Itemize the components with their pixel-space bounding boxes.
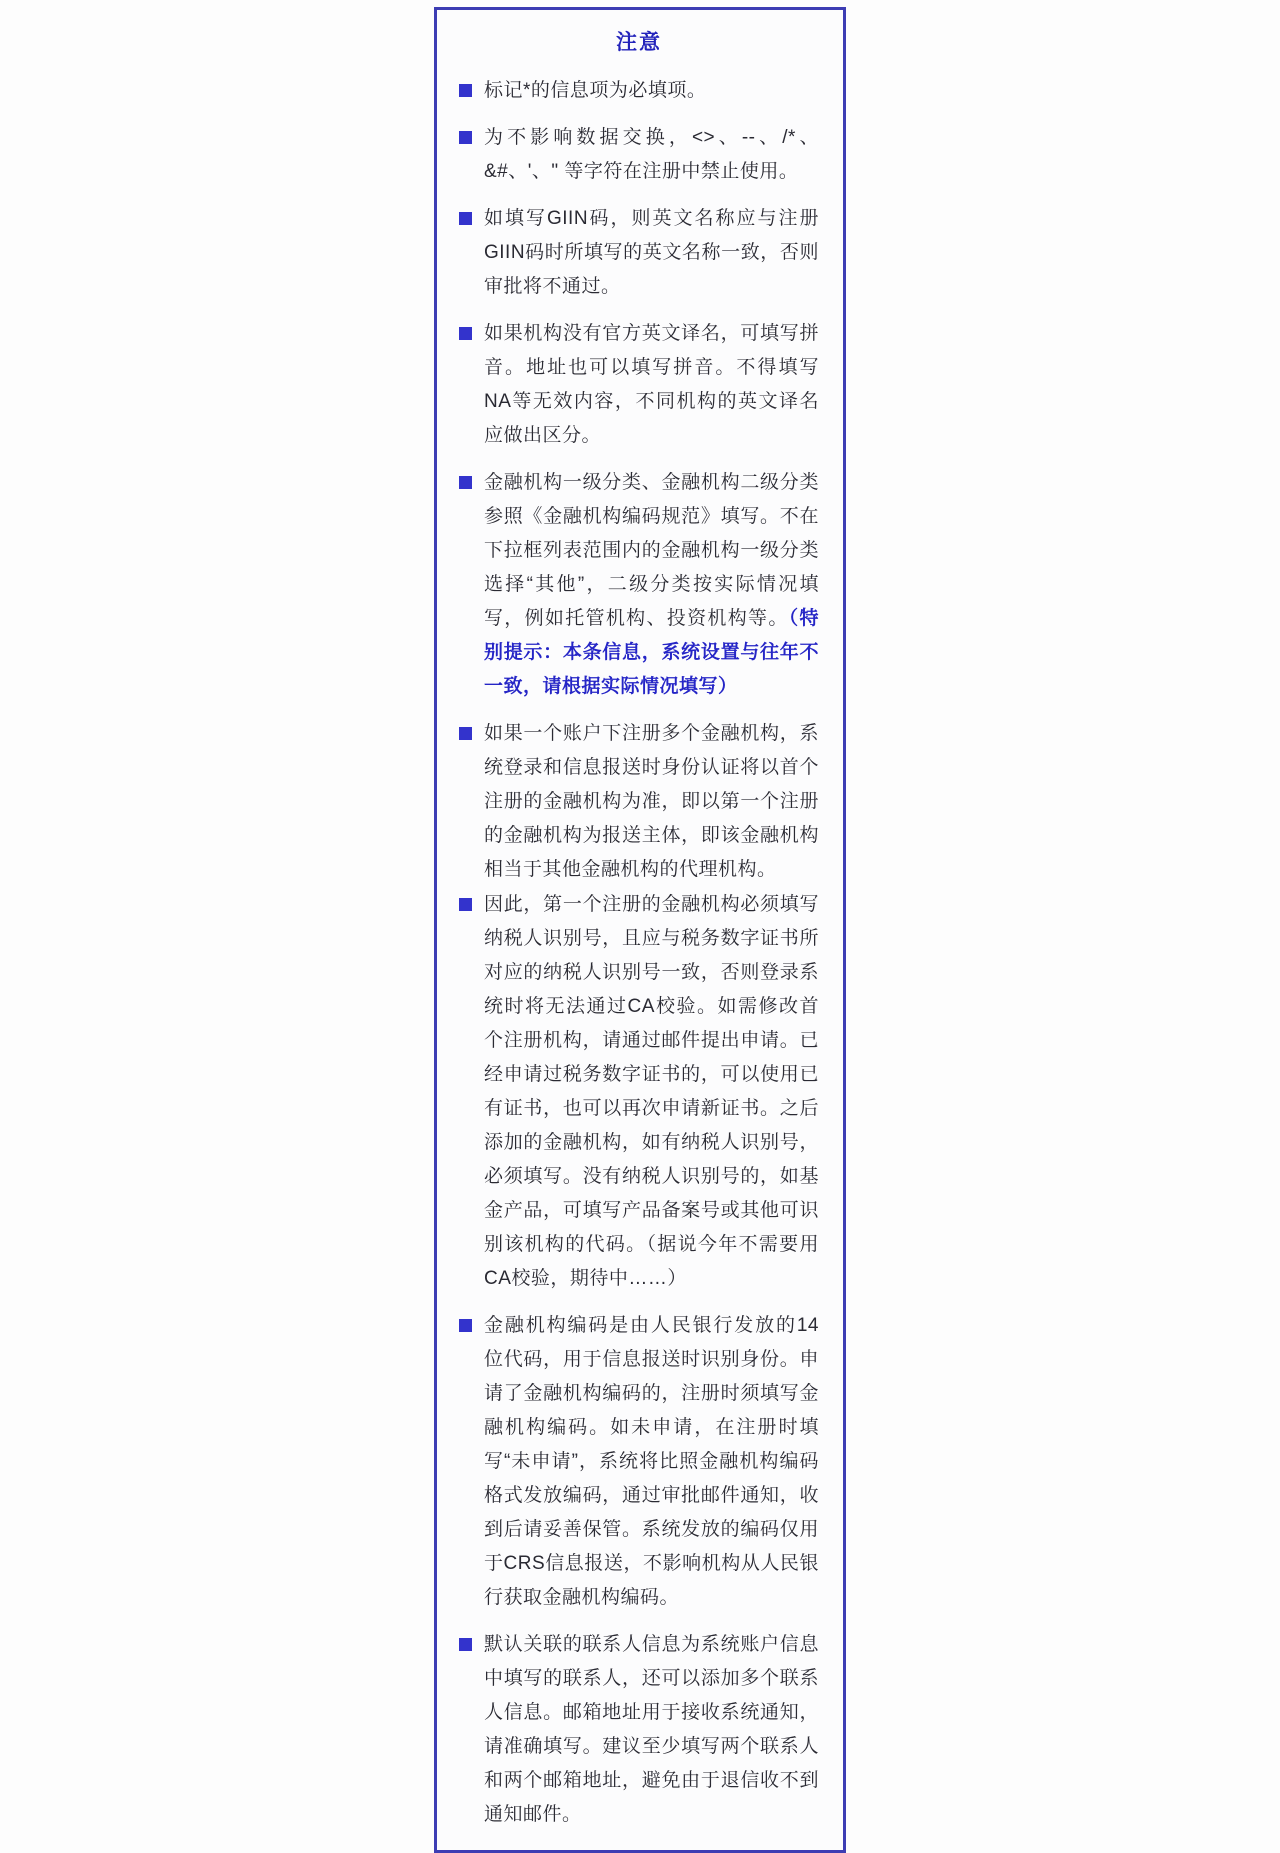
- note-text: 如果机构没有官方英文译名，可填写拼音。地址也可以填写拼音。不得填写NA等无效内容…: [484, 317, 819, 453]
- note-text: 标记*的信息项为必填项。: [484, 74, 819, 108]
- note-text-body: 默认关联的联系人信息为系统账户信息中填写的联系人，还可以添加多个联系人信息。邮箱…: [484, 1634, 819, 1825]
- note-text-body: 金融机构编码是由人民银行发放的14 位代码，用于信息报送时识别身份。申请了金融机…: [484, 1315, 819, 1608]
- note-text: 为不影响数据交换，<>、--、/*、&#、'、" 等字符在注册中禁止使用。: [484, 121, 819, 189]
- note-text-body: 为不影响数据交换，<>、--、/*、&#、'、" 等字符在注册中禁止使用。: [484, 127, 819, 182]
- notice-title: 注意: [459, 26, 819, 60]
- bullet-square-icon: [459, 131, 472, 144]
- bullet-square-icon: [459, 327, 472, 340]
- notice-box: 注意 标记*的信息项为必填项。 为不影响数据交换，<>、--、/*、&#、'、"…: [434, 7, 846, 1853]
- note-text-body: 标记*的信息项为必填项。: [484, 80, 706, 101]
- note-item-english-name: 如果机构没有官方英文译名，可填写拼音。地址也可以填写拼音。不得填写NA等无效内容…: [459, 317, 819, 453]
- bullet-square-icon: [459, 212, 472, 225]
- note-text-body: 如果一个账户下注册多个金融机构，系统登录和信息报送时身份认证将以首个注册的金融机…: [484, 723, 819, 880]
- note-item-giin-code: 如填写GIIN码，则英文名称应与注册GIIN码时所填写的英文名称一致，否则审批将…: [459, 202, 819, 304]
- note-item-institution-code: 金融机构编码是由人民银行发放的14 位代码，用于信息报送时识别身份。申请了金融机…: [459, 1309, 819, 1615]
- bullet-square-icon: [459, 476, 472, 489]
- note-item-classification: 金融机构一级分类、金融机构二级分类参照《金融机构编码规范》填写。不在下拉框列表范…: [459, 466, 819, 704]
- note-item-required-fields: 标记*的信息项为必填项。: [459, 74, 819, 108]
- note-text-body: 因此，第一个注册的金融机构必须填写纳税人识别号，且应与税务数字证书所对应的纳税人…: [484, 894, 819, 1289]
- note-item-contact-info: 默认关联的联系人信息为系统账户信息中填写的联系人，还可以添加多个联系人信息。邮箱…: [459, 1628, 819, 1832]
- note-item-forbidden-characters: 为不影响数据交换，<>、--、/*、&#、'、" 等字符在注册中禁止使用。: [459, 121, 819, 189]
- note-text: 如果一个账户下注册多个金融机构，系统登录和信息报送时身份认证将以首个注册的金融机…: [484, 717, 819, 887]
- bullet-square-icon: [459, 1638, 472, 1651]
- note-text: 因此，第一个注册的金融机构必须填写纳税人识别号，且应与税务数字证书所对应的纳税人…: [484, 888, 819, 1296]
- bullet-square-icon: [459, 898, 472, 911]
- note-text-body: 金融机构一级分类、金融机构二级分类参照《金融机构编码规范》填写。不在下拉框列表范…: [484, 472, 819, 629]
- note-text: 金融机构一级分类、金融机构二级分类参照《金融机构编码规范》填写。不在下拉框列表范…: [484, 466, 819, 704]
- note-item-multi-institution: 如果一个账户下注册多个金融机构，系统登录和信息报送时身份认证将以首个注册的金融机…: [459, 717, 819, 887]
- bullet-square-icon: [459, 84, 472, 97]
- note-text: 金融机构编码是由人民银行发放的14 位代码，用于信息报送时识别身份。申请了金融机…: [484, 1309, 819, 1615]
- note-text-body: 如果机构没有官方英文译名，可填写拼音。地址也可以填写拼音。不得填写NA等无效内容…: [484, 323, 819, 446]
- note-text: 如填写GIIN码，则英文名称应与注册GIIN码时所填写的英文名称一致，否则审批将…: [484, 202, 819, 304]
- note-item-taxpayer-id: 因此，第一个注册的金融机构必须填写纳税人识别号，且应与税务数字证书所对应的纳税人…: [459, 888, 819, 1296]
- note-text-body: 如填写GIIN码，则英文名称应与注册GIIN码时所填写的英文名称一致，否则审批将…: [484, 208, 819, 297]
- note-text: 默认关联的联系人信息为系统账户信息中填写的联系人，还可以添加多个联系人信息。邮箱…: [484, 1628, 819, 1832]
- bullet-square-icon: [459, 727, 472, 740]
- bullet-square-icon: [459, 1319, 472, 1332]
